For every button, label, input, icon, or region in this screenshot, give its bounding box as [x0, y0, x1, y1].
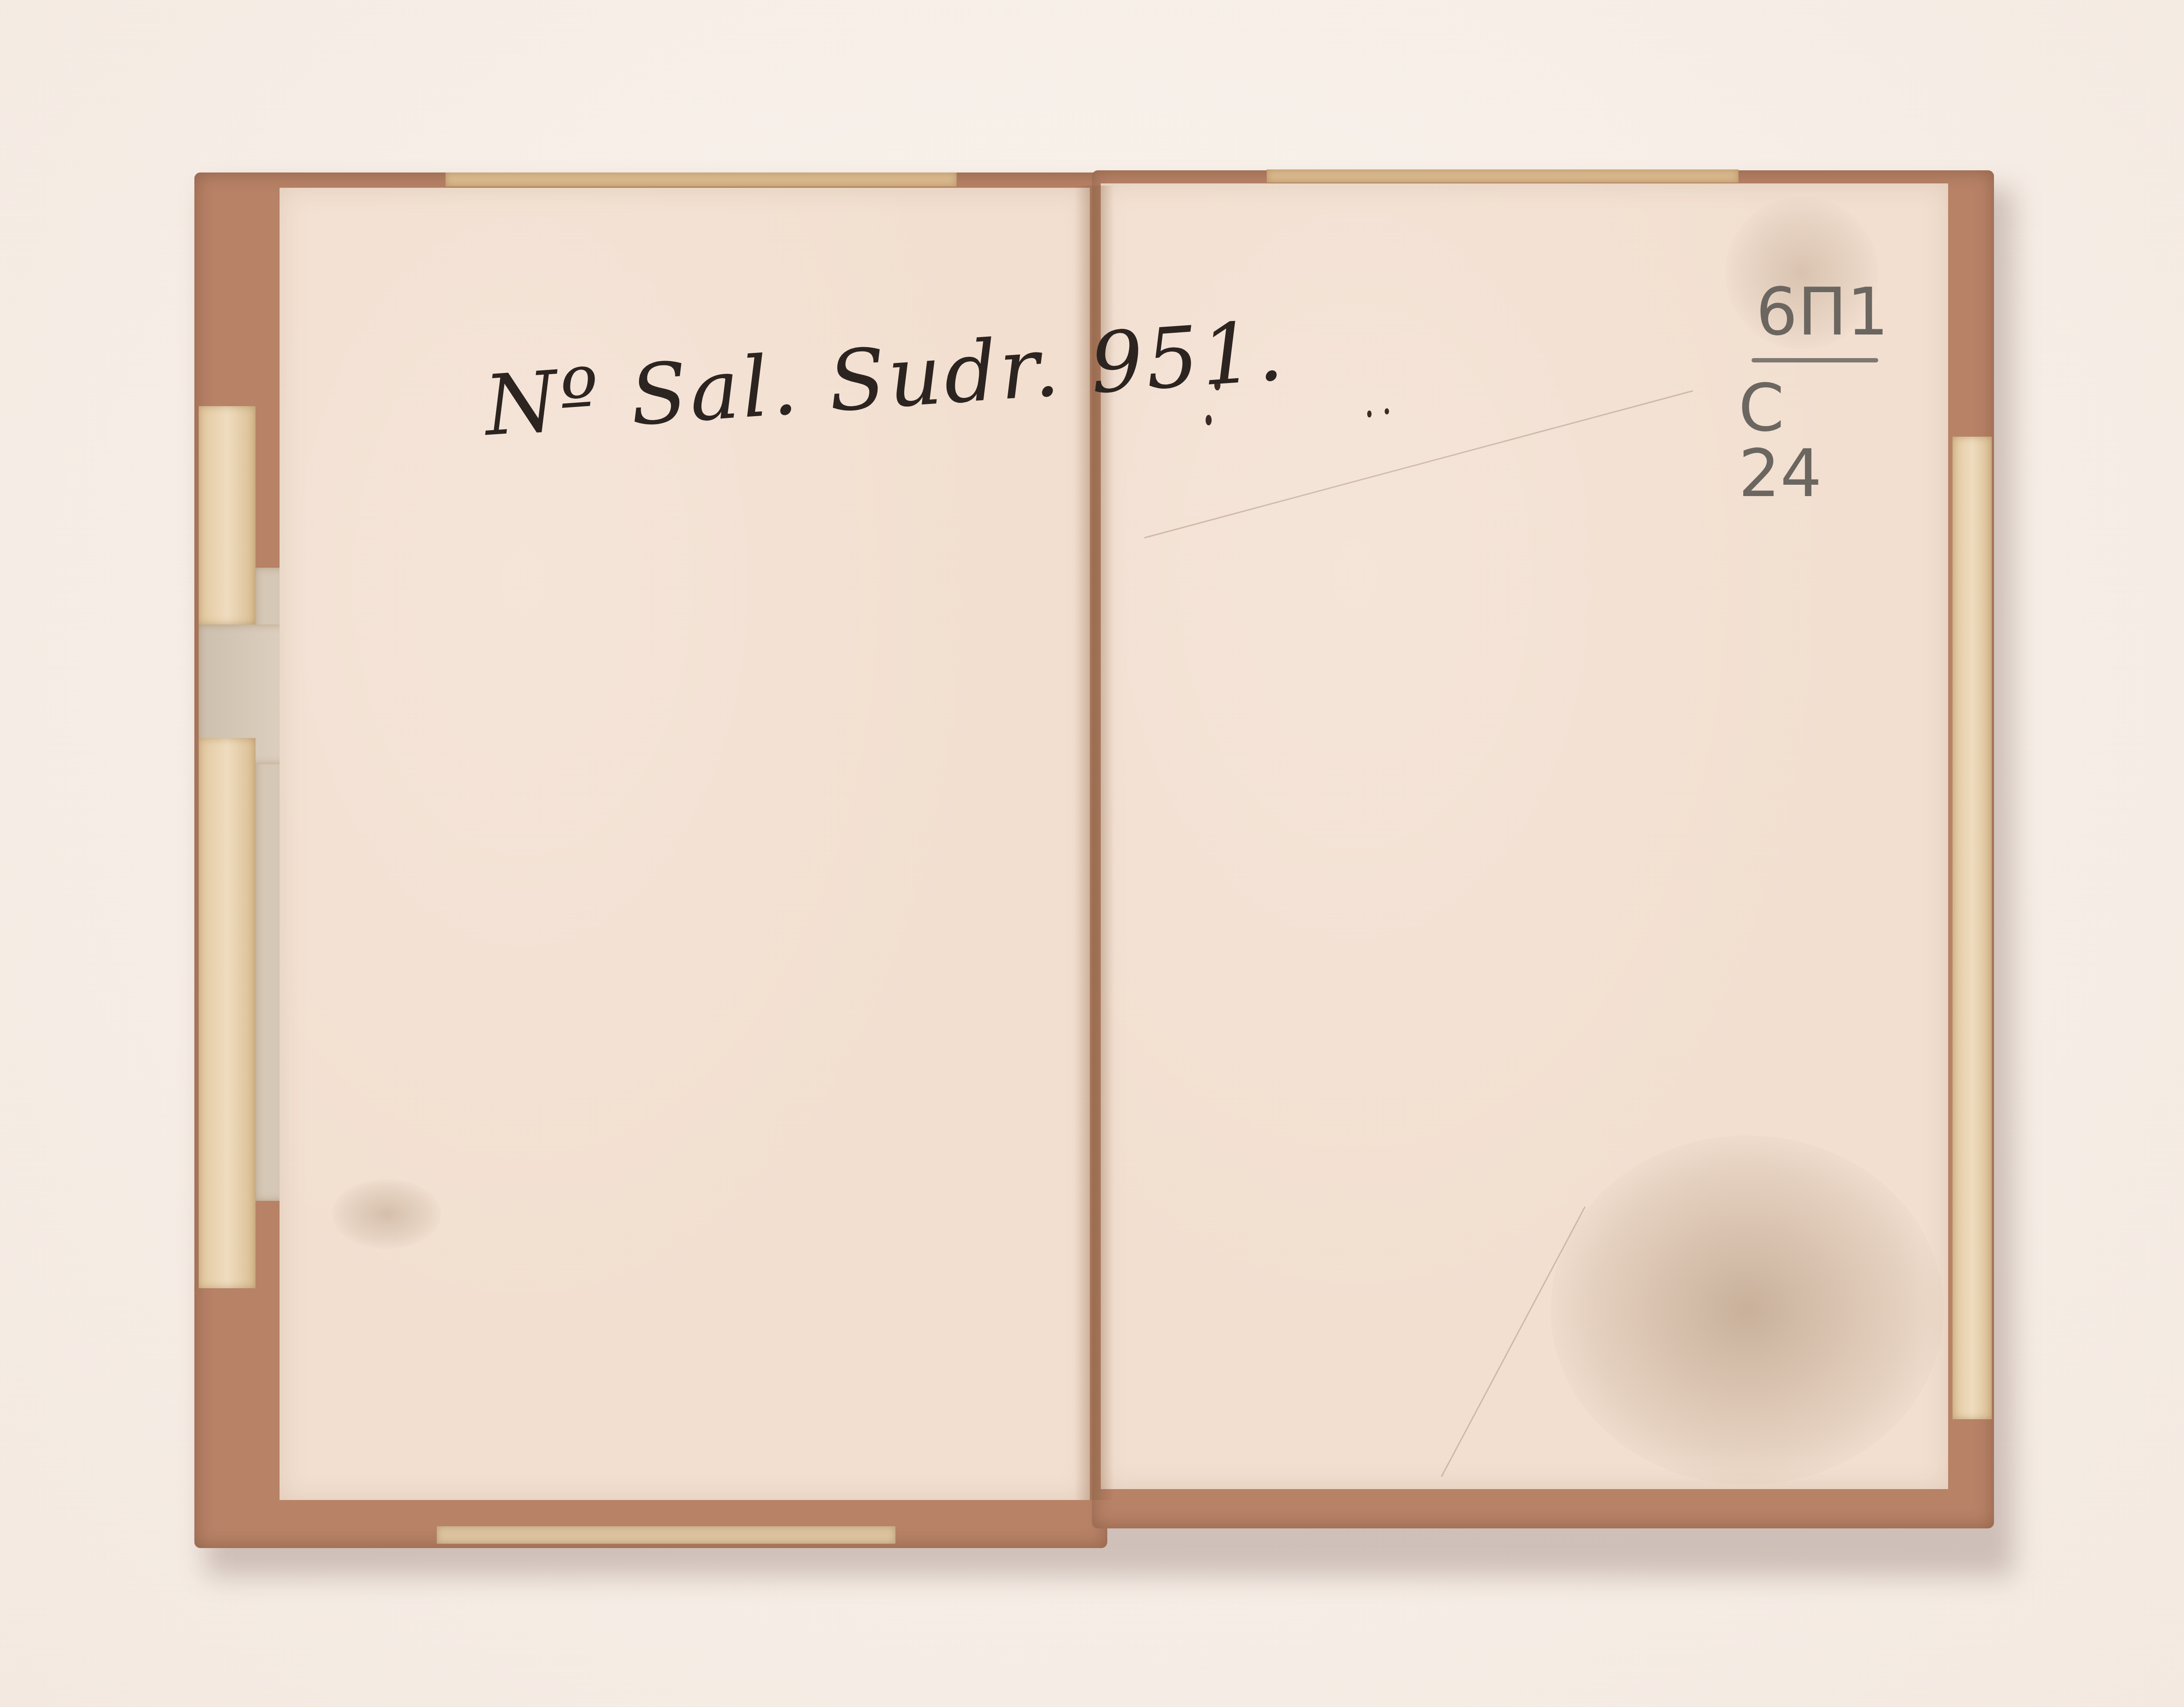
repair-strip-right: [1952, 437, 1992, 1419]
repair-strip: [199, 406, 256, 624]
ink-speck: [1367, 410, 1372, 417]
ink-speck: [1385, 408, 1389, 414]
shelf-mark-denominator: С 24: [1738, 376, 1878, 507]
repair-strip: [199, 738, 256, 1288]
shelf-mark-divider: [1752, 358, 1878, 362]
foxing-stain: [332, 1179, 441, 1249]
shelf-mark-numerator: 6П1: [1738, 279, 1878, 345]
pencil-shelf-mark: 6П1 С 24: [1738, 279, 1878, 507]
ink-speck: [1206, 415, 1212, 425]
foxing-stain: [1551, 1135, 1944, 1485]
bottom-edge-strip-left: [437, 1526, 895, 1544]
top-edge-strip-right: [1267, 169, 1738, 183]
top-edge-strip-left: [446, 172, 957, 186]
